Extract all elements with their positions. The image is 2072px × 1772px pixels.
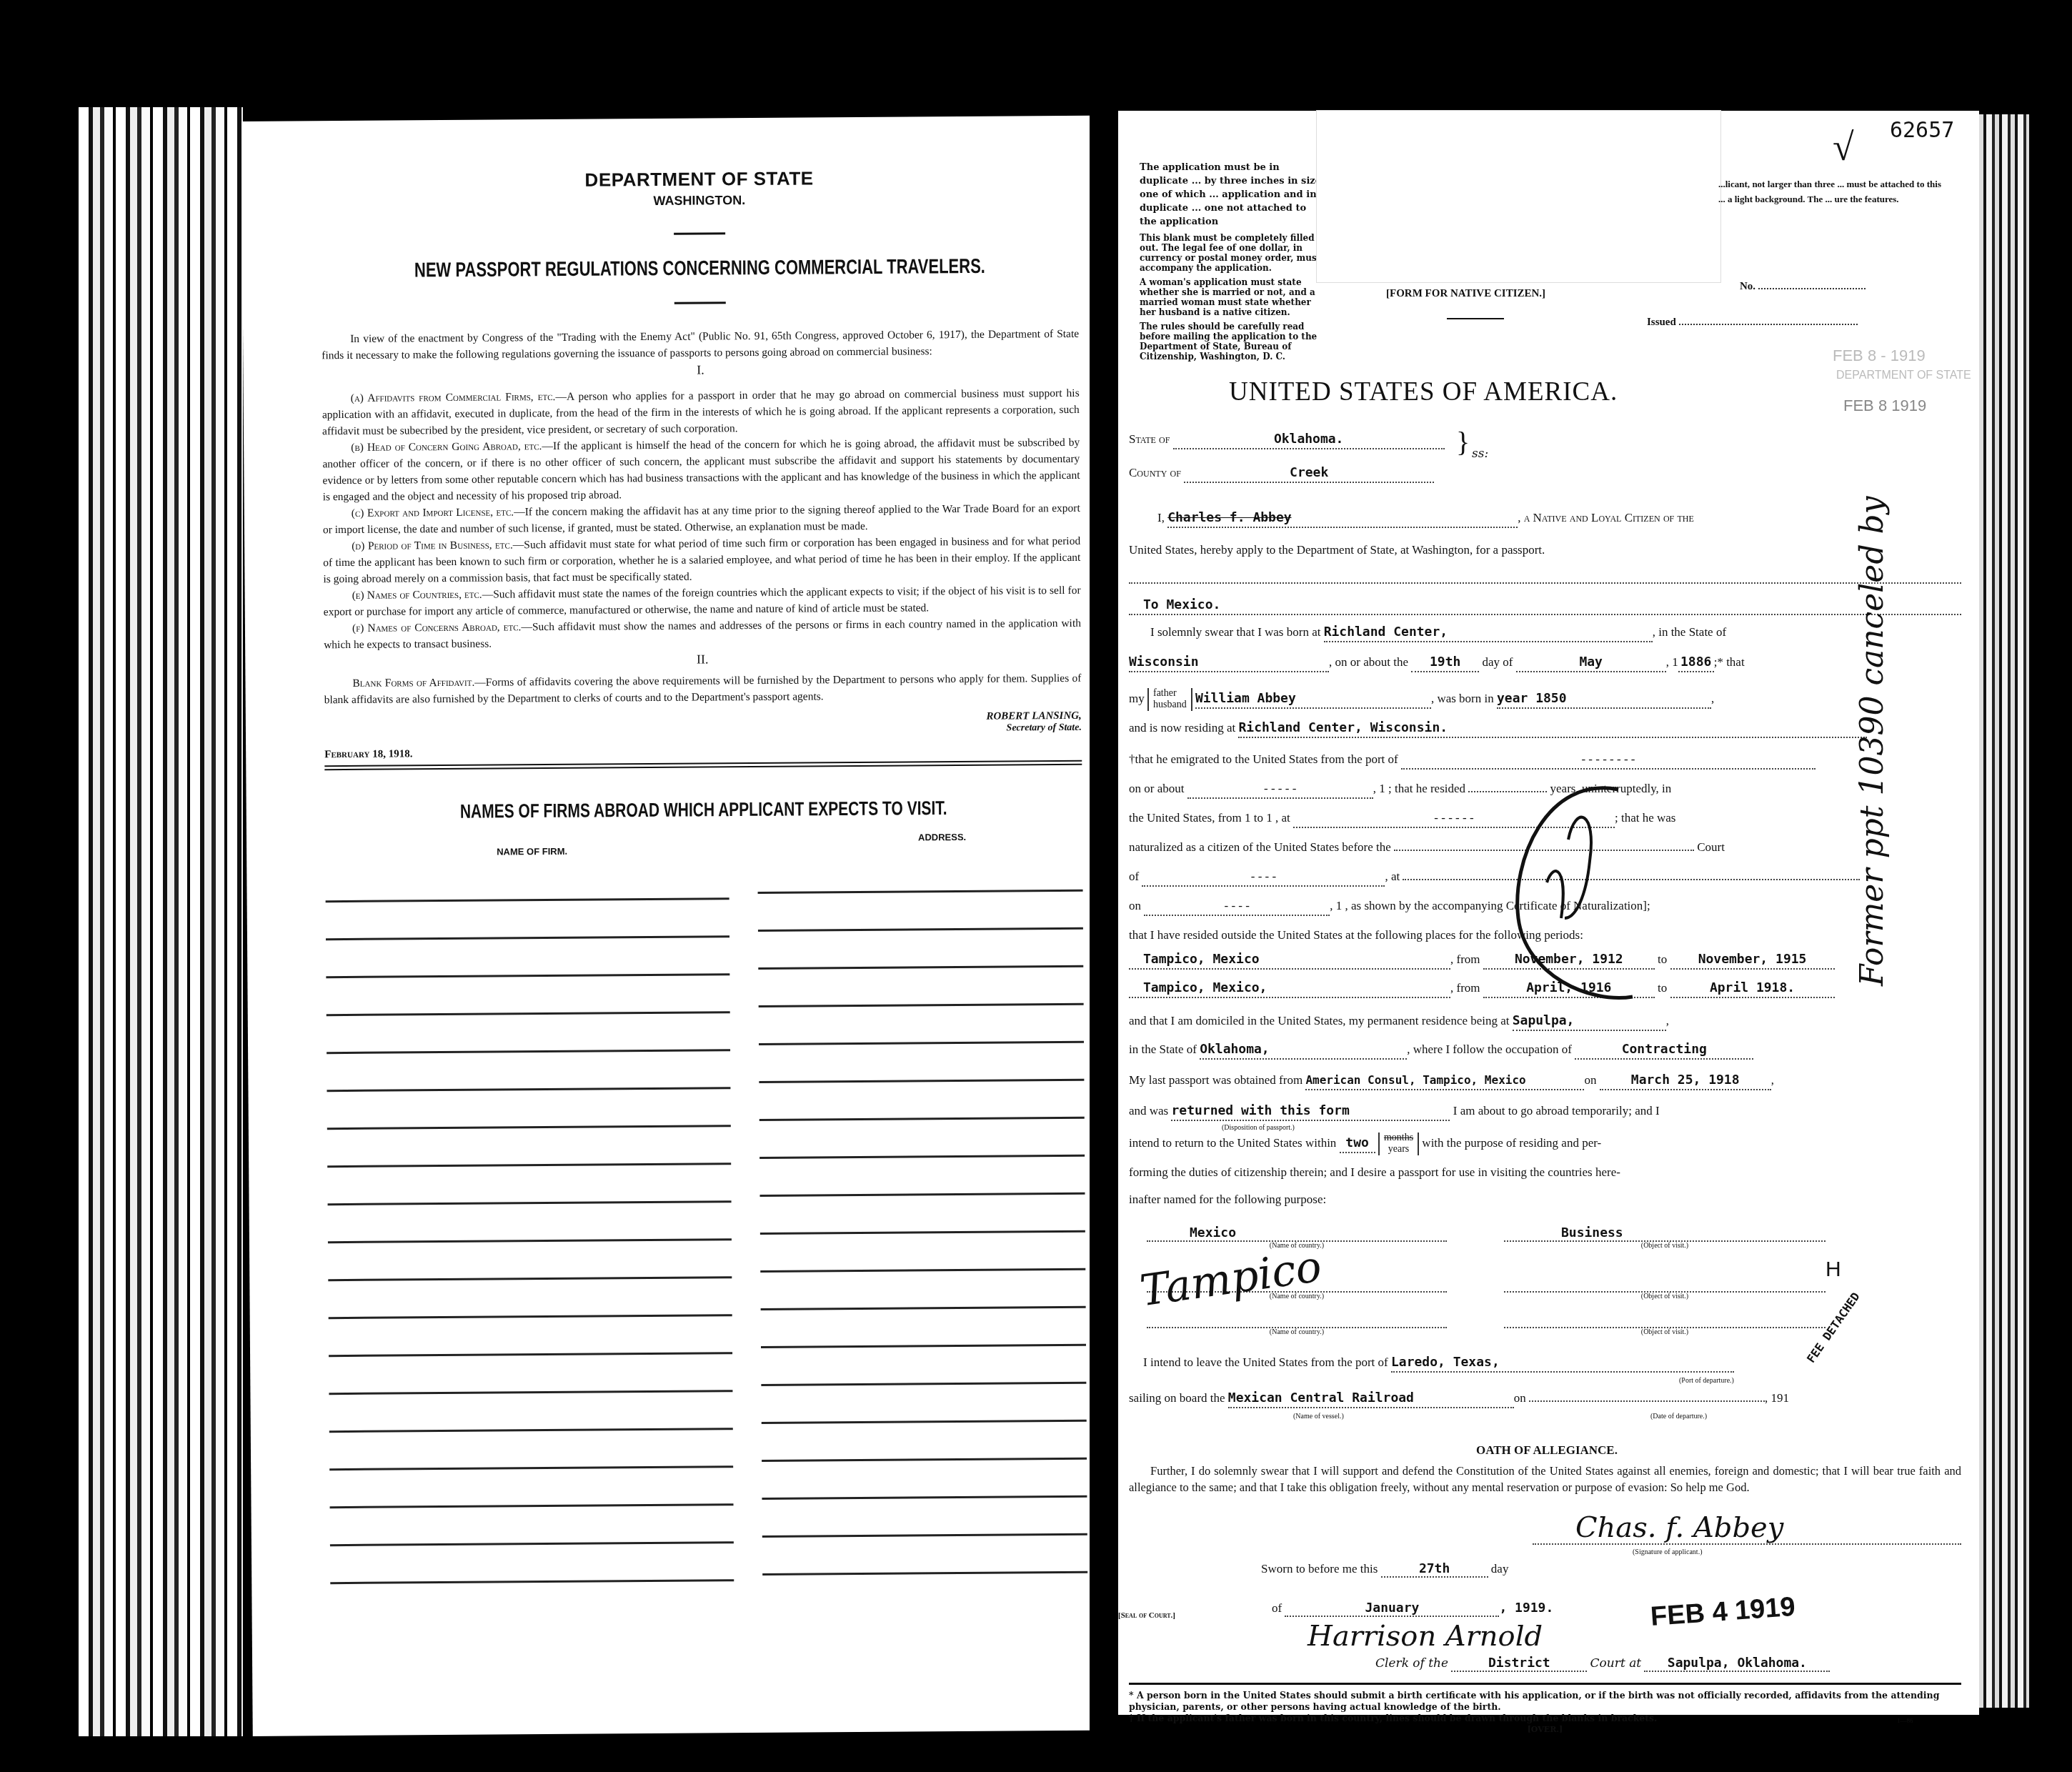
firm-row[interactable] [328, 1238, 1085, 1281]
return-row: intend to return to the United States wi… [1129, 1133, 1961, 1155]
firm-row[interactable] [326, 935, 1083, 978]
firm-address-line[interactable] [759, 1041, 1084, 1045]
state-field[interactable]: Oklahoma. [1173, 431, 1445, 449]
firm-address-line[interactable] [761, 1306, 1086, 1310]
applicant-row: I, Charles f. Abbey, a Native and Loyal … [1129, 509, 1961, 528]
form-code: 1—86 [1897, 1717, 1913, 1724]
passport-disposition-field[interactable]: returned with this form [1171, 1102, 1450, 1121]
signature-line[interactable] [1533, 1543, 1961, 1545]
residence-to-field[interactable]: April 1918. [1670, 980, 1835, 998]
father-residence-row: and is now residing at Richland Center, … [1129, 720, 1961, 738]
paragraph-c: (c) Export and Import License, etc.—If t… [323, 500, 1080, 538]
double-rule [324, 760, 1082, 770]
paragraph-d: (d) Period of Time in Business, etc.—Suc… [323, 533, 1080, 587]
firms-abroad-title: NAMES OF FIRMS ABROAD WHICH APPLICANT EX… [325, 797, 1082, 825]
form-type-label: [FORM FOR NATIVE CITIZEN.] [1386, 288, 1545, 300]
applicant-name-field[interactable]: Charles f. Abbey [1167, 509, 1518, 528]
county-row: County of Creek [1129, 464, 1961, 483]
sworn-month-row: of January, 1919. [1272, 1601, 1553, 1617]
divider [1447, 318, 1504, 319]
book-page-edges-right [1979, 114, 2029, 1708]
margin-note-former-passport: Former ppt 10390 canceled by [1854, 272, 1891, 986]
paragraph-a: (a) Affidavits from Commercial Firms, et… [322, 385, 1080, 439]
state-row: State of Oklahoma.}ss: [1129, 431, 1961, 449]
blank-line [1129, 568, 1961, 584]
father-name-field[interactable]: William Abbey [1195, 690, 1431, 709]
firm-address-line[interactable] [758, 890, 1083, 894]
column-name-of-firm: NAME OF FIRM. [497, 846, 567, 857]
departure-port-row: I intend to leave the United States from… [1129, 1354, 1961, 1373]
footnote-divider [1129, 1683, 1961, 1685]
court-of-field[interactable]: - - - - [1142, 868, 1385, 887]
handwritten-tampico: Tampico [1137, 1242, 1325, 1317]
firm-address-line[interactable] [759, 1155, 1085, 1159]
sworn-row: Sworn to before me this 27th day [1261, 1561, 1508, 1578]
firm-address-line[interactable] [758, 965, 1083, 970]
oath-text: Further, I do solemnly swear that I will… [1129, 1463, 1961, 1495]
firm-address-line[interactable] [758, 927, 1083, 932]
footnotes: * A person born in the United States sho… [1129, 1690, 1961, 1736]
fee-stamp-letter: H [1826, 1258, 1841, 1282]
check-mark: √ [1833, 125, 1854, 169]
occupation-field[interactable]: Contracting [1575, 1041, 1753, 1060]
passport-number-field[interactable]: No. [1740, 281, 1866, 293]
object-field-1[interactable]: Business(Object of visit.) [1504, 1225, 1826, 1250]
circled-annotation-mark [1504, 775, 1647, 1011]
department-heading: DEPARTMENT OF STATE [320, 166, 1077, 193]
duties-row: forming the duties of citizenship therei… [1129, 1164, 1961, 1181]
firm-row[interactable] [326, 973, 1083, 1016]
firm-row[interactable] [325, 860, 1082, 902]
regulations-title: NEW PASSPORT REGULATIONS CONCERNING COMM… [321, 254, 1078, 283]
departure-date-field[interactable] [1529, 1400, 1765, 1402]
emigration-port-field[interactable]: - - - - - - - - [1401, 751, 1816, 770]
last-passport-row: My last passport was obtained from Ameri… [1129, 1072, 1961, 1090]
firm-row[interactable] [329, 1390, 1086, 1433]
father-birthplace-field[interactable]: year 1850 [1497, 690, 1711, 709]
destination-field[interactable]: To Mexico. [1143, 597, 1220, 612]
firm-name-line[interactable] [330, 1579, 734, 1584]
applicant-signature: Chas. f. Abbey [1575, 1511, 1783, 1544]
firm-address-line[interactable] [760, 1268, 1085, 1273]
firm-row[interactable] [330, 1541, 1087, 1584]
sworn-month-field[interactable]: January [1285, 1601, 1499, 1617]
firm-row[interactable] [329, 1465, 1087, 1508]
firm-row[interactable] [329, 1352, 1086, 1395]
instructions-right: ...licant, not larger than three ... mus… [1718, 176, 1941, 206]
firm-address-line[interactable] [761, 1344, 1086, 1348]
firm-address-line[interactable] [761, 1382, 1086, 1386]
residence-state-field[interactable]: Oklahoma, [1200, 1041, 1407, 1060]
destination-row: To Mexico. [1129, 597, 1961, 615]
father-residence-field[interactable]: Richland Center, Wisconsin. [1238, 720, 1867, 738]
birth-place-row: I solemnly swear that I was born at Rich… [1129, 624, 1961, 642]
clerk-row: Clerk of the District Court at Sapulpa, … [1375, 1656, 1830, 1672]
issued-field[interactable]: Issued [1647, 317, 1858, 329]
disposition-row: and was returned with this form I am abo… [1129, 1102, 1961, 1121]
naturalization-date-field[interactable]: - - - - [1144, 897, 1330, 916]
firm-address-line[interactable] [762, 1458, 1087, 1462]
paragraph-e: (e) Names of Countries, etc.—Such affida… [324, 582, 1081, 620]
firm-address-line[interactable] [762, 1420, 1087, 1424]
emigrated-row: †that he emigrated to the United States … [1129, 751, 1961, 770]
firm-row[interactable] [328, 1276, 1085, 1319]
firm-row[interactable] [330, 1503, 1087, 1546]
washington-subheading: WASHINGTON. [321, 191, 1078, 211]
firm-row[interactable] [327, 1125, 1085, 1168]
divider [674, 302, 726, 304]
intro-paragraph: In view of the enactment by Congress of … [322, 326, 1079, 364]
birth-year-field[interactable]: 1886 [1678, 654, 1714, 672]
last-passport-issuer-field[interactable]: American Consul, Tampico, Mexico [1305, 1072, 1584, 1090]
paragraph-f: (f) Names of Concerns Abroad, etc.—Such … [324, 615, 1081, 653]
firm-address-line[interactable] [762, 1533, 1087, 1538]
residence-city-field[interactable]: Sapulpa, [1513, 1012, 1666, 1031]
return-period-field[interactable]: two [1340, 1135, 1375, 1153]
firm-row[interactable] [327, 1087, 1084, 1130]
object-field-3[interactable]: (Object of visit.) [1504, 1311, 1826, 1336]
departure-port-field[interactable]: Laredo, Texas, [1391, 1354, 1734, 1373]
blank-forms-paragraph: Blank Forms of Affidavit.—Forms of affid… [324, 670, 1081, 708]
firm-row[interactable] [327, 1049, 1084, 1092]
residence-to-field[interactable]: November, 1915 [1670, 951, 1835, 970]
vessel-row: sailing on board the Mexican Central Rai… [1129, 1390, 1961, 1408]
court-type-field[interactable]: District [1451, 1656, 1587, 1672]
firm-row[interactable] [326, 897, 1083, 940]
regulation-date: February 18, 1918. [324, 744, 1082, 761]
firm-address-line[interactable] [759, 1003, 1084, 1007]
firm-row[interactable] [329, 1428, 1087, 1470]
oath-title: OATH OF ALLEGIANCE. [1118, 1443, 1976, 1458]
county-field[interactable]: Creek [1184, 464, 1434, 483]
occupation-row: in the State of Oklahoma,, where I follo… [1129, 1041, 1961, 1060]
firm-row[interactable] [328, 1200, 1085, 1243]
firm-address-line[interactable] [762, 1495, 1087, 1500]
received-date-stamp: FEB 4 1919 [1650, 1592, 1796, 1633]
firm-address-line[interactable] [760, 1193, 1085, 1197]
birth-month-field[interactable]: May [1516, 654, 1666, 672]
vessel-field[interactable]: Mexican Central Railroad [1228, 1390, 1514, 1408]
firm-row[interactable] [327, 1011, 1084, 1054]
application-serial-number: 62657 [1890, 118, 1954, 143]
paragraph-b: (b) Head of Concern Going Abroad, etc.—I… [322, 434, 1080, 505]
residence-place-field[interactable]: Tampico, Mexico, [1129, 980, 1450, 998]
birth-day-field[interactable]: 19th [1411, 654, 1479, 672]
book-gutter [1090, 107, 1120, 1751]
seal-label: [Seal of Court.] [1118, 1611, 1175, 1620]
birth-state-field[interactable]: Wisconsin [1129, 654, 1329, 672]
firm-address-line[interactable] [759, 1117, 1085, 1121]
divider [674, 232, 725, 235]
firm-address-line[interactable] [760, 1230, 1085, 1235]
firm-address-line[interactable] [762, 1571, 1087, 1576]
birth-date-row: Wisconsin, on or about the 19th day of M… [1129, 654, 1961, 672]
father-row: my fatherhusband William Abbey, was born… [1129, 688, 1961, 711]
residence-place-field[interactable]: Tampico, Mexico [1129, 951, 1450, 970]
firm-row[interactable] [329, 1314, 1086, 1357]
sworn-day-field[interactable]: 27th [1381, 1561, 1488, 1578]
country-title: UNITED STATES OF AMERICA. [1229, 377, 1618, 407]
photo-attachment-area [1317, 111, 1720, 282]
object-field-2[interactable]: (Object of visit.) [1504, 1275, 1826, 1300]
last-passport-date-field[interactable]: March 25, 1918 [1600, 1072, 1771, 1090]
hereinafter-row: inafter named for the following purpose: [1129, 1191, 1961, 1208]
column-address: ADDRESS. [918, 832, 966, 842]
left-page: DEPARTMENT OF STATE WASHINGTON. NEW PASS… [241, 116, 1103, 1736]
right-page: The application must be in duplicate ...… [1118, 111, 1979, 1715]
book-page-edges-left [79, 107, 243, 1736]
domicile-row: and that I am domiciled in the United St… [1129, 1012, 1961, 1031]
court-location-field[interactable]: Sapulpa, Oklahoma. [1644, 1656, 1830, 1672]
birthplace-field[interactable]: Richland Center, [1324, 624, 1653, 642]
country-field-3[interactable]: (Name of country.) [1147, 1311, 1447, 1336]
instructions-left: The application must be in duplicate ...… [1140, 161, 1325, 366]
emigration-date-field[interactable]: - - - - - [1187, 780, 1373, 799]
firms-table [325, 860, 1087, 1584]
apply-row: United States, hereby apply to the Depar… [1129, 542, 1961, 559]
firm-row[interactable] [327, 1163, 1085, 1205]
clerk-signature: Harrison Arnold [1308, 1620, 1543, 1653]
signature-caption: (Signature of applicant.) [1633, 1548, 1702, 1556]
firm-address-line[interactable] [759, 1079, 1084, 1083]
